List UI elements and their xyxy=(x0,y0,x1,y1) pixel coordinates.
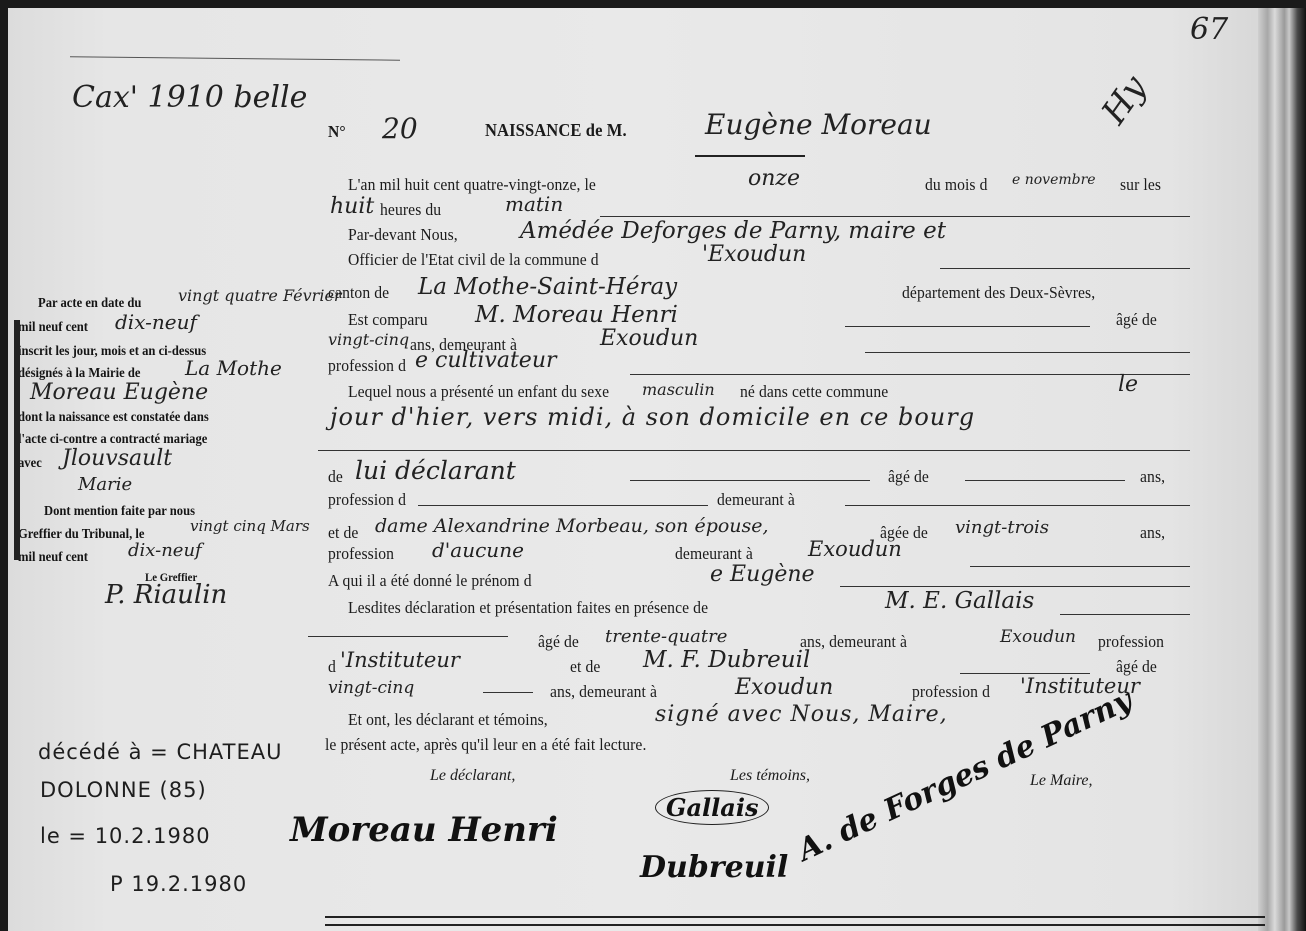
margin-handwriting: Jlouvsault xyxy=(62,446,172,471)
margin-text: mil neuf cent xyxy=(18,550,88,566)
birth-month: e novembre xyxy=(1012,172,1096,188)
mother-age: vingt-trois xyxy=(955,517,1049,538)
text-line: âgé de xyxy=(888,467,929,487)
witness1-signature: Gallais xyxy=(655,790,769,825)
text-line: demeurant à xyxy=(675,544,753,564)
father-name: M. Moreau Henri xyxy=(475,302,678,328)
fill-line xyxy=(318,450,1190,451)
fill-line xyxy=(600,216,1190,217)
witness2-age: vingt-cinq xyxy=(328,678,414,698)
page-number: 67 xyxy=(1190,12,1228,47)
fill-line xyxy=(630,374,1190,375)
death-note-line: le = 10.2.1980 xyxy=(40,824,211,848)
fill-line xyxy=(1060,614,1190,615)
top-left-note: Cax' 1910 belle xyxy=(72,80,307,115)
text-line: demeurant à xyxy=(717,490,795,510)
text-line: Et ont, les déclarant et témoins, xyxy=(348,710,548,730)
record-number: 20 xyxy=(382,112,418,145)
text-line: ans, demeurant à xyxy=(550,682,657,702)
text-line: le xyxy=(1118,372,1138,397)
birth-place: jour d'hier, vers midi, à son domicile e… xyxy=(330,403,975,431)
father-profession: e cultivateur xyxy=(415,348,557,373)
text-line: sur les xyxy=(1120,175,1161,195)
title-underline xyxy=(695,155,805,157)
fill-line xyxy=(483,692,533,693)
child-name: Eugène Moreau xyxy=(705,108,932,141)
text-line: et de xyxy=(570,657,600,677)
text-line: du mois d xyxy=(925,175,988,195)
text-line: Est comparu xyxy=(348,310,428,330)
book-binding-edge xyxy=(1258,8,1306,931)
birth-day: onze xyxy=(748,166,800,191)
text-line: profession d xyxy=(912,682,990,702)
fill-line xyxy=(840,586,1190,587)
commune-name: 'Exoudun xyxy=(702,242,806,267)
record-number-label: N° xyxy=(328,122,346,142)
margin-text: mil neuf cent xyxy=(18,320,88,336)
witnesses-label: Les témoins, xyxy=(730,767,810,785)
record-end-rule xyxy=(325,916,1265,926)
child-sex: masculin xyxy=(642,380,715,399)
text-line: âgé de xyxy=(1116,310,1157,330)
text-line: ans, xyxy=(1140,523,1165,543)
mayor-label: Le Maire, xyxy=(1030,772,1093,790)
fill-line xyxy=(630,480,870,481)
death-note-line: P 19.2.1980 xyxy=(110,872,247,896)
text-line: département des Deux-Sèvres, xyxy=(902,283,1095,303)
margin-handwriting: Marie xyxy=(78,474,132,495)
witness1-profession: 'Instituteur xyxy=(340,648,460,672)
fill-line xyxy=(845,505,1190,506)
margin-handwriting: dix-neuf xyxy=(115,310,197,334)
text-line: le présent acte, après qu'il leur en a é… xyxy=(325,735,646,755)
officiant-name: Amédée Deforges de Parny, maire et xyxy=(520,218,946,244)
signature-statement: signé avec Nous, Maire, xyxy=(655,702,948,727)
text-line: profession d xyxy=(328,356,406,376)
margin-text: Dont mention faite par nous xyxy=(44,504,195,520)
text-line: Lesdites déclaration et présentation fai… xyxy=(348,598,708,618)
witness1-name: M. E. Gallais xyxy=(885,588,1034,614)
margin-text: dont la naissance est constatée dans xyxy=(18,410,209,426)
declarant-role: lui déclarant xyxy=(355,456,516,485)
mother-residence: Exoudun xyxy=(808,537,902,561)
death-note-line: DOLONNE (85) xyxy=(40,778,207,802)
text-line: et de xyxy=(328,523,358,543)
text-line: A qui il a été donné le prénom d xyxy=(328,571,532,591)
text-line: ans, xyxy=(1140,467,1165,487)
text-line: Officier de l'Etat civil de la commune d xyxy=(348,250,599,270)
father-age: vingt-cinq xyxy=(328,330,409,349)
declarant-signature: Moreau Henri xyxy=(290,810,558,850)
text-line: profession xyxy=(1098,632,1164,652)
margin-handwriting: Moreau Eugène xyxy=(30,380,208,405)
fill-line xyxy=(418,505,708,506)
text-line: Lequel nous a présenté un enfant du sexe xyxy=(348,382,609,402)
declarant-label: Le déclarant, xyxy=(430,767,515,785)
birth-hour: huit xyxy=(330,194,374,219)
witness2-name: M. F. Dubreuil xyxy=(643,647,810,673)
margin-handwriting: vingt quatre Février xyxy=(178,286,342,305)
canton-name: La Mothe-Saint-Héray xyxy=(418,274,677,300)
text-line: âgé de xyxy=(538,632,579,652)
mother-profession: d'aucune xyxy=(432,538,524,562)
margin-text: avec xyxy=(18,456,42,472)
clerk-signature: P. Riaulin xyxy=(105,580,227,610)
text-line: profession d xyxy=(328,490,406,510)
margin-text: inscrit les jour, mois et an ci-dessus xyxy=(18,344,206,360)
record-title: NAISSANCE de M. xyxy=(485,120,627,141)
father-residence: Exoudun xyxy=(600,326,698,351)
fill-line xyxy=(845,326,1090,327)
margin-text: Greffier du Tribunal, le xyxy=(18,527,144,543)
witness2-residence: Exoudun xyxy=(735,675,833,700)
text-line: heures du xyxy=(380,200,441,220)
text-line: de xyxy=(328,467,343,487)
fill-line xyxy=(308,636,508,637)
margin-bracket xyxy=(14,320,20,560)
mother-name: dame Alexandrine Morbeau, son épouse, xyxy=(375,515,769,537)
witness1-residence: Exoudun xyxy=(1000,627,1076,647)
text-line: né dans cette commune xyxy=(740,382,888,402)
text-line: profession xyxy=(328,544,394,564)
witness2-signature: Dubreuil xyxy=(640,850,788,885)
fill-line xyxy=(865,352,1190,353)
text-line: Par-devant Nous, xyxy=(348,225,458,245)
margin-handwriting: La Mothe xyxy=(185,356,282,380)
death-note-line: décédé à = CHATEAU xyxy=(38,740,282,764)
fill-line xyxy=(965,480,1125,481)
fill-line xyxy=(940,268,1190,269)
given-name: e Eugène xyxy=(710,562,815,587)
birth-period: matin xyxy=(505,192,563,216)
text-line: d xyxy=(328,657,336,677)
fill-line xyxy=(970,566,1190,567)
margin-handwriting: dix-neuf xyxy=(128,540,202,561)
text-line: ans, demeurant à xyxy=(800,632,907,652)
margin-handwriting: vingt cinq Mars xyxy=(190,517,310,535)
witness1-age: trente-quatre xyxy=(605,626,727,647)
